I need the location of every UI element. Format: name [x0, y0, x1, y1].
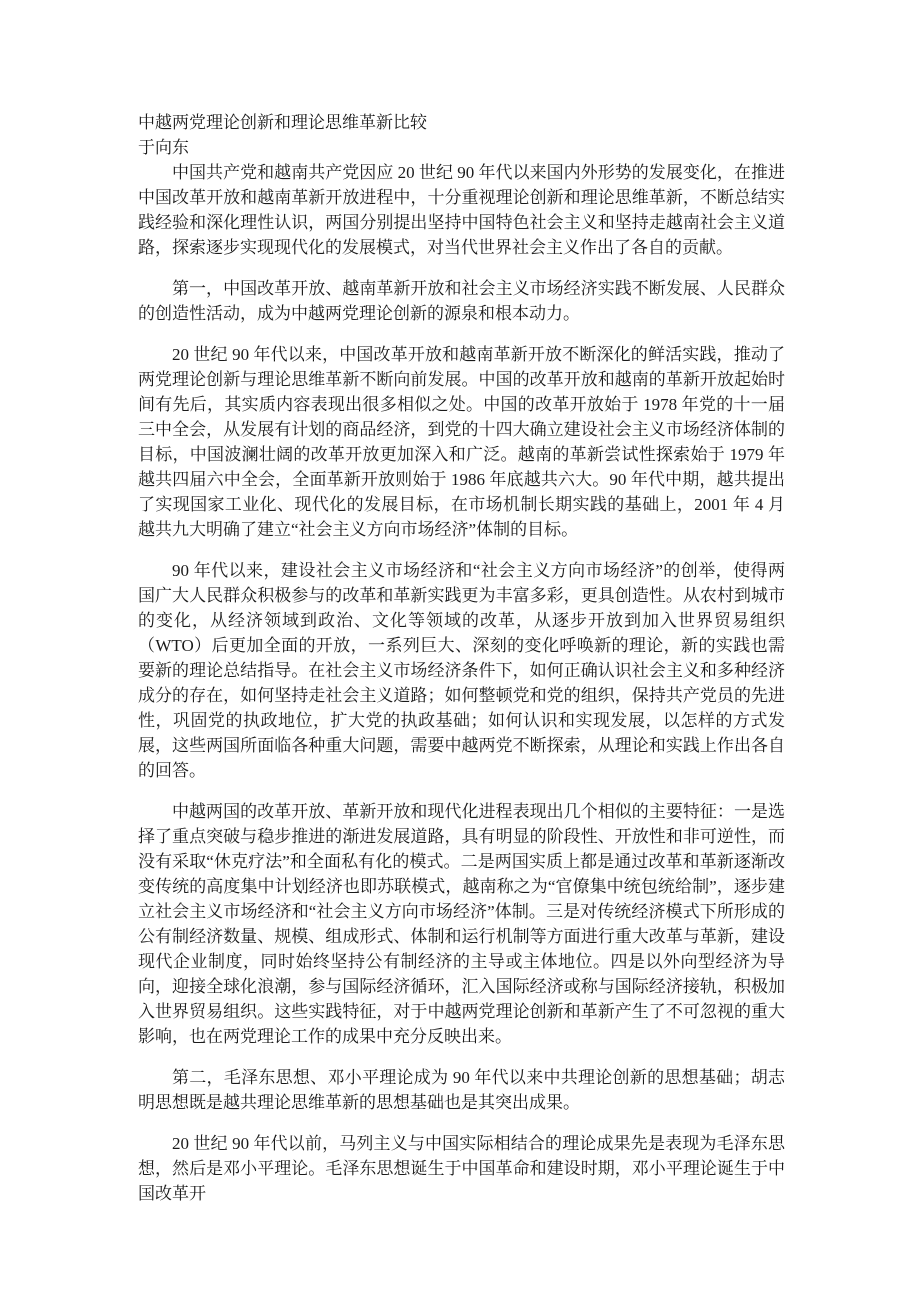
document-page: 中越两党理论创新和理论思维革新比较 于向东 中国共产党和越南共产党因应 20 世…: [0, 0, 920, 1302]
paragraph-similar-features: 中越两国的改革开放、革新开放和现代化进程表现出几个相似的主要特征：一是选择了重点…: [138, 799, 785, 1049]
paragraph-point-two-heading: 第二，毛泽东思想、邓小平理论成为 90 年代以来中共理论创新的思想基础；胡志明思…: [138, 1065, 785, 1115]
paragraph-point-one-heading: 第一，中国改革开放、越南革新开放和社会主义市场经济实践不断发展、人民群众的创造性…: [138, 276, 785, 326]
document-title: 中越两党理论创新和理论思维革新比较: [138, 110, 785, 135]
paragraph-intro: 中国共产党和越南共产党因应 20 世纪 90 年代以来国内外形势的发展变化，在推…: [138, 160, 785, 260]
paragraph-reform-history: 20 世纪 90 年代以来，中国改革开放和越南革新开放不断深化的鲜活实践，推动了…: [138, 342, 785, 542]
document-author: 于向东: [138, 135, 785, 160]
paragraph-theory-origins: 20 世纪 90 年代以前，马列主义与中国实际相结合的理论成果先是表现为毛泽东思…: [138, 1131, 785, 1206]
paragraph-market-economy-practice: 90 年代以来，建设社会主义市场经济和“社会主义方向市场经济”的创举，使得两国广…: [138, 558, 785, 783]
